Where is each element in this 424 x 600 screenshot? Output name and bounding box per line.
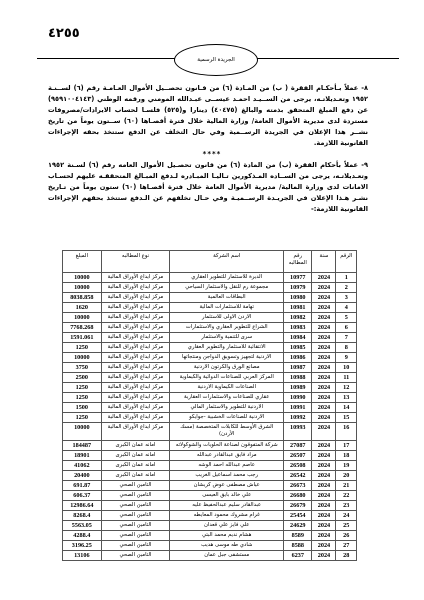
cell-year: 2024	[312, 413, 336, 423]
cell-claim-no: 24629	[284, 521, 312, 531]
cell-year: 2024	[312, 481, 336, 491]
cell-year: 2024	[312, 293, 336, 303]
cell-index: 15	[336, 413, 357, 423]
cell-claim-type: مركز ايداع الأوراق المالية	[101, 333, 170, 343]
table-row: 8202410985الانتقائية للاستثمار والتطوير …	[63, 343, 357, 353]
cell-amount: 2500	[63, 373, 102, 383]
cell-year: 2024	[312, 511, 336, 521]
cell-index: 21	[336, 481, 357, 491]
cell-company: الديرة للاستثمار للتطوير العقاري	[170, 273, 284, 283]
cell-claim-type: مركز ايداع الأوراق المالية	[101, 373, 170, 383]
cell-claim-type: مركز ايداع الأوراق المالية	[101, 363, 170, 373]
cell-company: مجموعة رم للنقل والاستثمار السياحي	[170, 283, 284, 293]
cell-index: 1	[336, 273, 357, 283]
cell-claim-no: 10984	[284, 333, 312, 343]
cell-amount: 10000	[63, 313, 102, 323]
cell-claim-no: 26679	[284, 501, 312, 511]
cell-amount: 10000	[63, 423, 102, 441]
table-header-row: الرقم سنة رقم المطالبه اسم الشركة نوع ال…	[63, 251, 357, 273]
cell-index: 27	[336, 541, 357, 551]
table-row: 21202426673عياش مصطفى عوض كريشانالتامين …	[63, 481, 357, 491]
cell-company: الاردنية للتطوير والاستثمار المالي	[170, 403, 284, 413]
cell-amount: 1250	[63, 393, 102, 403]
cell-claim-type: مركز ايداع الأوراق المالية	[101, 303, 170, 313]
cell-claim-type: مركز ايداع الأوراق المالية	[101, 413, 170, 423]
cell-index: 20	[336, 471, 357, 481]
cell-claim-type: التامين الصحي	[101, 541, 170, 551]
cell-claim-type: التامين الصحي	[101, 491, 170, 501]
cell-index: 19	[336, 461, 357, 471]
cell-index: 3	[336, 293, 357, 303]
cell-year: 2024	[312, 531, 336, 541]
cell-company: الشراع للتطوير العقاري والاستثمارات	[170, 323, 284, 333]
cell-company: مصانع الورق والكرتون الاردنية	[170, 363, 284, 373]
claims-table: الرقم سنة رقم المطالبه اسم الشركة نوع ال…	[62, 250, 357, 561]
cell-index: 5	[336, 313, 357, 323]
cell-amount: 1500	[63, 403, 102, 413]
table-row: 15202410992الاردنية للصناعات الخشبية -جو…	[63, 413, 357, 423]
cell-index: 26	[336, 531, 357, 541]
table-row: 14202410991الاردنية للتطوير والاستثمار ا…	[63, 403, 357, 413]
table-row: 9202410986الاردنية لتجهيز وتسويق الدواجن…	[63, 353, 357, 363]
cell-index: 2	[336, 283, 357, 293]
paragraph-9: ٩- عملاً بأحكام الفقرة (ب) من المادة (٦)…	[48, 160, 368, 215]
cell-amount: 4288.4	[63, 531, 102, 541]
table-row: 2620248589هشام نديم محمد البتيالتامين ال…	[63, 531, 357, 541]
cell-claim-no: 10981	[284, 303, 312, 313]
cell-year: 2024	[312, 471, 336, 481]
col-claim-type-header: نوع المطالبه	[101, 251, 170, 273]
cell-index: 8	[336, 343, 357, 353]
table-row: 23202426679عبدالقادر سليم عبدالحفيظ عليه…	[63, 501, 357, 511]
cell-claim-no: 10977	[284, 273, 312, 283]
cell-claim-type: التامين الصحي	[101, 531, 170, 541]
cell-index: 25	[336, 521, 357, 531]
cell-claim-no: 10983	[284, 323, 312, 333]
cell-year: 2024	[312, 353, 336, 363]
cell-claim-no: 10982	[284, 313, 312, 323]
cell-index: 24	[336, 511, 357, 521]
cell-amount: 10000	[63, 353, 102, 363]
cell-claim-type: مركز ايداع الأوراق المالية	[101, 403, 170, 413]
cell-claim-type: مركز ايداع الأوراق المالية	[101, 393, 170, 403]
cell-amount: 691.87	[63, 481, 102, 491]
gazette-title: الجريدة الرسمية	[197, 57, 234, 63]
cell-claim-no: 10988	[284, 373, 312, 383]
cell-amount: 5563.05	[63, 521, 102, 531]
cell-claim-type: امانه عمان الكبرى	[101, 441, 170, 451]
cell-claim-type: مركز ايداع الأوراق المالية	[101, 353, 170, 363]
cell-claim-no: 25454	[284, 511, 312, 521]
cell-amount: 606.37	[63, 491, 102, 501]
table-row: 13202410990عقاري للصناعات والاستثمارات ا…	[63, 393, 357, 403]
table-row: 3202410980البطاقات العالميةمركز ايداع ال…	[63, 293, 357, 303]
cell-year: 2024	[312, 491, 336, 501]
page-number: ٤٢٥٥	[48, 26, 80, 41]
cell-company: علي فايز علي قعدان	[170, 521, 284, 531]
cell-index: 10	[336, 363, 357, 373]
cell-company: مستشفى جبل عمان	[170, 551, 284, 561]
cell-amount: 1250	[63, 413, 102, 423]
cell-claim-no: 26673	[284, 481, 312, 491]
cell-claim-no: 10986	[284, 353, 312, 363]
table-row: 2202410979مجموعة رم للنقل والاستثمار الس…	[63, 283, 357, 293]
cell-claim-type: مركز ايداع الأوراق المالية	[101, 343, 170, 353]
cell-claim-type: التامين الصحي	[101, 501, 170, 511]
cell-index: 14	[336, 403, 357, 413]
cell-year: 2024	[312, 323, 336, 333]
cell-year: 2024	[312, 373, 336, 383]
cell-claim-no: 10990	[284, 393, 312, 403]
cell-amount: 1250	[63, 383, 102, 393]
cell-claim-no: 10979	[284, 283, 312, 293]
cell-claim-type: امانه عمان الكبرى	[101, 471, 170, 481]
table-row: 19202426508عاصم عبدالله احمد الوشهامانه …	[63, 461, 357, 471]
cell-claim-no: 26508	[284, 461, 312, 471]
cell-claim-type: مركز ايداع الأوراق المالية	[101, 313, 170, 323]
cell-index: 12	[336, 383, 357, 393]
table-row: 4202410981تهامة للاستثمارات الماليةمركز …	[63, 303, 357, 313]
cell-year: 2024	[312, 501, 336, 511]
cell-company: المركز العربي للصناعات الدوائية والكيماو…	[170, 373, 284, 383]
cell-claim-no: 10985	[284, 343, 312, 353]
cell-amount: 1250	[63, 343, 102, 353]
cell-company: غرام مشروك محمود المعايطه	[170, 511, 284, 521]
cell-amount: 12986.64	[63, 501, 102, 511]
cell-claim-type: مركز ايداع الأوراق المالية	[101, 323, 170, 333]
col-year-header: سنة	[312, 251, 336, 273]
cell-year: 2024	[312, 441, 336, 451]
cell-amount: 1620	[63, 303, 102, 313]
cell-amount: 10000	[63, 283, 102, 293]
cell-index: 7	[336, 333, 357, 343]
table-row: 24202425454غرام مشروك محمود المعايطهالتا…	[63, 511, 357, 521]
cell-company: عبدالقادر سليم عبدالحفيظ عليه	[170, 501, 284, 511]
cell-year: 2024	[312, 403, 336, 413]
cell-claim-no: 10980	[284, 293, 312, 303]
cell-amount: 10000	[63, 273, 102, 283]
cell-claim-no: 8589	[284, 531, 312, 541]
cell-year: 2024	[312, 393, 336, 403]
cell-company: سرى للتنمية والاستثمار	[170, 333, 284, 343]
cell-index: 13	[336, 393, 357, 403]
cell-company: رجب محمد اسماعيل الغريب	[170, 471, 284, 481]
cell-year: 2024	[312, 461, 336, 471]
cell-claim-type: التامين الصحي	[101, 481, 170, 491]
cell-claim-no: 10992	[284, 413, 312, 423]
cell-company: الاردن الاولى للاستثمار	[170, 313, 284, 323]
cell-index: 9	[336, 353, 357, 363]
cell-claim-type: امانه عمان الكبرى	[101, 461, 170, 471]
cell-year: 2024	[312, 521, 336, 531]
cell-company: الاردنية لتجهيز وتسويق الدواجن ومنتجاتها	[170, 353, 284, 363]
cell-amount: 3196.25	[63, 541, 102, 551]
table-row: 20202426542رجب محمد اسماعيل الغريبامانه …	[63, 471, 357, 481]
col-claim-no-header: رقم المطالبه	[284, 251, 312, 273]
cell-index: 4	[336, 303, 357, 313]
cell-index: 23	[336, 501, 357, 511]
table-row: 7202410984سرى للتنمية والاستثمارمركز ايد…	[63, 333, 357, 343]
cell-year: 2024	[312, 423, 336, 441]
cell-claim-no: 26680	[284, 491, 312, 501]
cell-claim-type: مركز ايداع الأوراق المالية	[101, 283, 170, 293]
table-row: 10202410987مصانع الورق والكرتون الاردنية…	[63, 363, 357, 373]
cell-year: 2024	[312, 363, 336, 373]
col-index-header: الرقم	[336, 251, 357, 273]
cell-company: الانتقائية للاستثمار والتطوير العقاري	[170, 343, 284, 353]
table-row: 11202410988المركز العربي للصناعات الدوائ…	[63, 373, 357, 383]
col-company-header: اسم الشركة	[170, 251, 284, 273]
cell-year: 2024	[312, 313, 336, 323]
cell-claim-type: امانه عمان الكبرى	[101, 451, 170, 461]
cell-amount: 1591.061	[63, 333, 102, 343]
cell-company: شادي طه موسى هديب	[170, 541, 284, 551]
cell-company: البطاقات العالمية	[170, 293, 284, 303]
cell-company: شركة المتفوقون لصناعة الحلويات والشوكولا…	[170, 441, 284, 451]
cell-amount: 20400	[63, 471, 102, 481]
cell-year: 2024	[312, 333, 336, 343]
cell-index: 28	[336, 551, 357, 561]
cell-claim-no: 10987	[284, 363, 312, 373]
cell-index: 6	[336, 323, 357, 333]
cell-claim-no: 8588	[284, 541, 312, 551]
cell-claim-type: التامين الصحي	[101, 551, 170, 561]
cell-year: 2024	[312, 283, 336, 293]
cell-company: الشرق الأوسط للكابلات المتخصصة (مسك الأر…	[170, 423, 284, 441]
cell-company: الصناعات الكيماوية الاردنية	[170, 383, 284, 393]
cell-claim-no: 26542	[284, 471, 312, 481]
cell-index: 18	[336, 451, 357, 461]
cell-claim-no: 10993	[284, 423, 312, 441]
table-row: 2820246237مستشفى جبل عمانالتامين الصحي13…	[63, 551, 357, 561]
cell-company: الاردنية للصناعات الخشبية -جوايكو	[170, 413, 284, 423]
cell-claim-type: التامين الصحي	[101, 521, 170, 531]
cell-company: علي خالد بايق العيسى	[170, 491, 284, 501]
cell-index: 17	[336, 441, 357, 451]
cell-amount: 184487	[63, 441, 102, 451]
table-row: 16202410993الشرق الأوسط للكابلات المتخصص…	[63, 423, 357, 441]
table-row: 17202427087شركة المتفوقون لصناعة الحلويا…	[63, 441, 357, 451]
cell-claim-type: التامين الصحي	[101, 511, 170, 521]
cell-company: تهامة للاستثمارات المالية	[170, 303, 284, 313]
cell-amount: 7768.268	[63, 323, 102, 333]
paragraph-8: ٨- عملاً بـأحكـام الفقرة ( ب) من المـادة…	[48, 83, 368, 149]
cell-amount: 13106	[63, 551, 102, 561]
table-row: 2720248588شادي طه موسى هديبالتامين الصحي…	[63, 541, 357, 551]
cell-company: عاصم عبدالله احمد الوشه	[170, 461, 284, 471]
cell-claim-type: مركز ايداع الأوراق المالية	[101, 293, 170, 303]
cell-company: مراد فايق عبدالقادر عبدالله	[170, 451, 284, 461]
gazette-title-oval: الجريدة الرسمية	[174, 44, 258, 76]
cell-claim-type: مركز ايداع الأوراق المالية	[101, 383, 170, 393]
cell-amount: 18901	[63, 451, 102, 461]
cell-company: عقاري للصناعات والاستثمارات العقارية	[170, 393, 284, 403]
cell-amount: 3750	[63, 363, 102, 373]
table-row: 18202426507مراد فايق عبدالقادر عبداللهام…	[63, 451, 357, 461]
cell-claim-no: 26507	[284, 451, 312, 461]
table-row: 6202410983الشراع للتطوير العقاري والاستث…	[63, 323, 357, 333]
cell-year: 2024	[312, 383, 336, 393]
cell-claim-type: مركز ايداع الأوراق المالية	[101, 273, 170, 283]
cell-claim-type: مركز ايداع الأوراق المالية	[101, 423, 170, 441]
cell-year: 2024	[312, 451, 336, 461]
table-row: 12202410989الصناعات الكيماوية الاردنيةمر…	[63, 383, 357, 393]
table-row: 25202424629علي فايز علي قعدانالتامين الص…	[63, 521, 357, 531]
cell-year: 2024	[312, 541, 336, 551]
cell-year: 2024	[312, 303, 336, 313]
cell-index: 11	[336, 373, 357, 383]
cell-amount: 8038.858	[63, 293, 102, 303]
table-row: 1202410977الديرة للاستثمار للتطوير العقا…	[63, 273, 357, 283]
cell-year: 2024	[312, 273, 336, 283]
table-row: 5202410982الاردن الاولى للاستثمارمركز اي…	[63, 313, 357, 323]
col-amount-header: المبلغ	[63, 251, 102, 273]
cell-year: 2024	[312, 343, 336, 353]
cell-amount: 41062	[63, 461, 102, 471]
cell-index: 22	[336, 491, 357, 501]
cell-claim-no: 6237	[284, 551, 312, 561]
cell-claim-no: 10989	[284, 383, 312, 393]
cell-claim-no: 10991	[284, 403, 312, 413]
cell-amount: 8268.4	[63, 511, 102, 521]
cell-claim-no: 27087	[284, 441, 312, 451]
cell-company: هشام نديم محمد البتي	[170, 531, 284, 541]
table-row: 22202426680علي خالد بايق العيسىالتامين ا…	[63, 491, 357, 501]
separator-stars: ****	[0, 150, 424, 158]
cell-index: 16	[336, 423, 357, 441]
cell-company: عياش مصطفى عوض كريشان	[170, 481, 284, 491]
cell-year: 2024	[312, 551, 336, 561]
